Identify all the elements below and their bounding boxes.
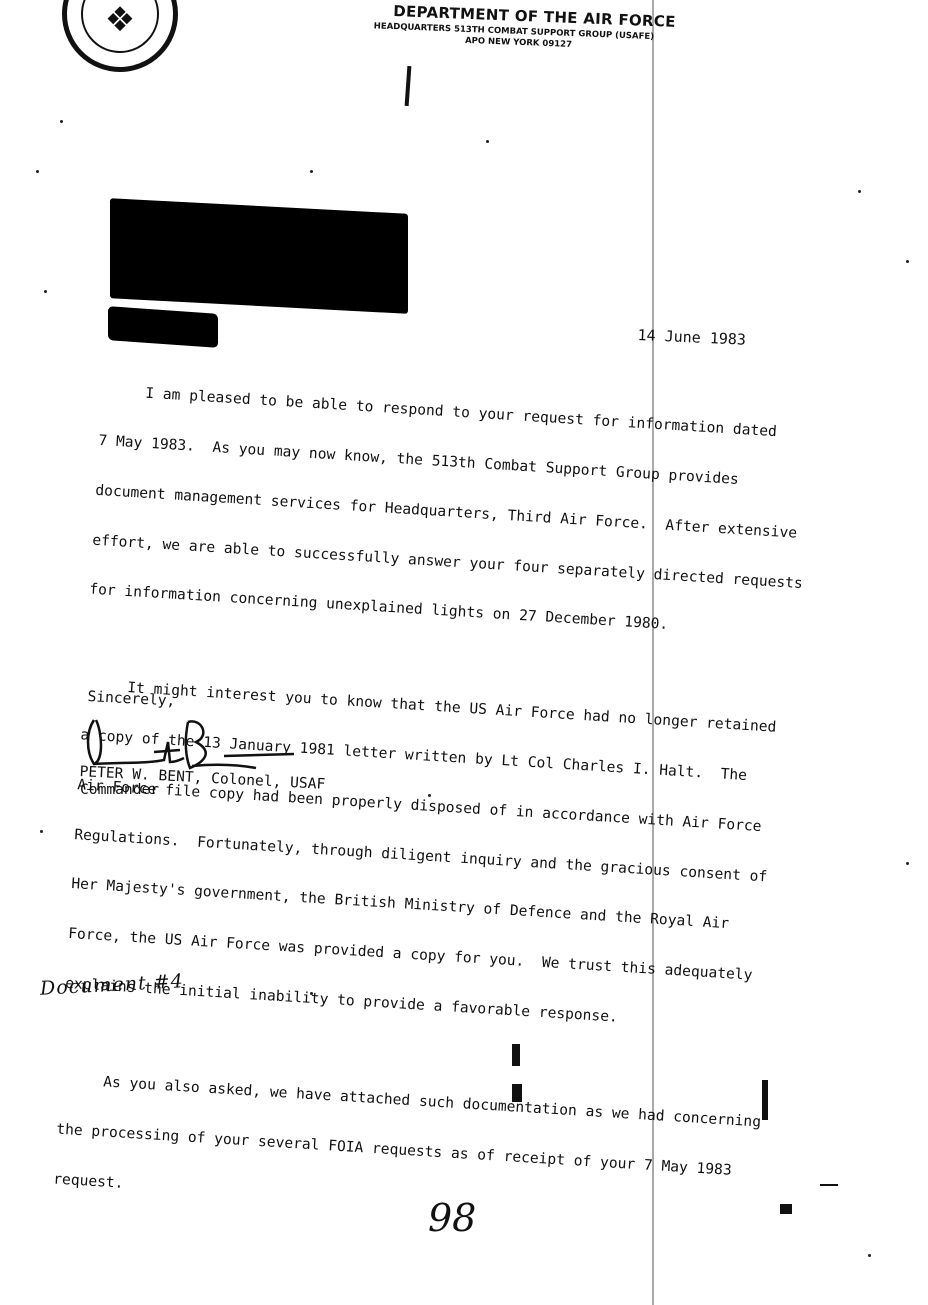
letterhead: DEPARTMENT OF THE AIR FORCE HEADQUARTERS…: [338, 0, 689, 54]
scan-speck: [486, 140, 489, 143]
letter-body: I am pleased to be able to respond to yo…: [51, 350, 923, 1271]
scan-speck: [428, 794, 431, 797]
scan-speck: [310, 170, 313, 173]
scan-artifact: [780, 1204, 792, 1214]
scan-speck: [44, 290, 47, 293]
scan-speck: [906, 862, 909, 865]
redacted-recipient-block: [110, 198, 408, 314]
redacted-recipient-line: [108, 306, 218, 348]
paragraph-2: It might interest you to know that the U…: [63, 645, 905, 1076]
signer-title: Commander: [80, 781, 159, 798]
scan-artifact: [512, 1044, 520, 1066]
eagle-icon: ❖: [105, 3, 135, 37]
scan-speck: [40, 830, 43, 833]
scan-speck: [906, 260, 909, 263]
scan-artifact: [762, 1080, 768, 1120]
scan-speck: [60, 120, 63, 123]
handwritten-mark: [405, 66, 412, 106]
signature-icon: [84, 712, 298, 772]
handwritten-page-number: 98: [428, 1196, 476, 1240]
scan-speck: [36, 170, 39, 173]
scan-artifact: [820, 1184, 838, 1186]
scan-artifact: [512, 1084, 522, 1102]
paragraph-1: I am pleased to be able to respond to yo…: [87, 350, 923, 682]
dod-seal-icon: ❖: [62, 0, 178, 72]
scan-speck: [868, 1254, 871, 1257]
scan-speck: [310, 992, 313, 995]
scan-speck: [858, 190, 861, 193]
